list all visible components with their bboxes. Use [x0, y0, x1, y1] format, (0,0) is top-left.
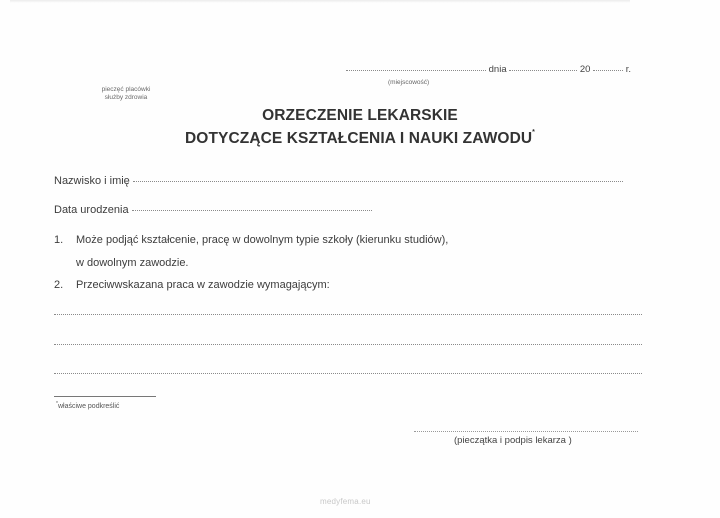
option-1-continuation: w dowolnym zawodzie.	[76, 257, 189, 269]
institution-stamp-caption: pieczęć placówki służby zdrowia	[86, 86, 166, 102]
field-name-label: Nazwisko i imię	[54, 175, 130, 187]
option-2-text: Przeciwwskazana praca w zawodzie wymagaj…	[76, 279, 330, 291]
option-1-text: Może podjąć kształcenie, pracę w dowolny…	[76, 234, 448, 246]
place-field[interactable]	[346, 70, 486, 71]
signature-caption: (pieczątka i podpis lekarza )	[454, 435, 572, 446]
option-2[interactable]: 2.Przeciwwskazana praca w zawodzie wymag…	[54, 279, 330, 291]
year-prefix: 20	[580, 64, 591, 75]
footnote-rule	[54, 396, 156, 397]
year-field[interactable]	[593, 70, 623, 71]
medical-certificate-form: dnia 20 r. (miejscowość) pieczęć placówk…	[0, 0, 720, 518]
footnote-text: właściwe podkreślić	[58, 403, 119, 410]
option-1[interactable]: 1.Może podjąć kształcenie, pracę w dowol…	[54, 234, 448, 246]
watermark: medyfema.eu	[320, 497, 371, 506]
year-suffix: r.	[626, 64, 631, 75]
scan-top-edge	[10, 0, 630, 3]
field-birthdate-label: Data urodzenia	[54, 204, 129, 216]
option-1-number: 1.	[54, 234, 76, 246]
option-2-number: 2.	[54, 279, 76, 291]
field-name: Nazwisko i imię	[54, 175, 623, 187]
field-birthdate-input[interactable]	[132, 210, 372, 211]
field-birthdate: Data urodzenia	[54, 204, 372, 216]
stamp-caption-line1: pieczęć placówki	[86, 86, 166, 94]
blank-line-1[interactable]	[54, 314, 642, 315]
place-caption: (miejscowość)	[388, 79, 429, 86]
field-name-input[interactable]	[133, 181, 623, 182]
title-line2-text: DOTYCZĄCE KSZTAŁCENIA I NAUKI ZAWODU	[185, 130, 532, 147]
place-date-line: dnia 20 r.	[346, 64, 631, 75]
signature-line[interactable]	[414, 431, 638, 432]
blank-line-2[interactable]	[54, 344, 642, 345]
title-line2: DOTYCZĄCE KSZTAŁCENIA I NAUKI ZAWODU*	[160, 124, 560, 147]
day-field[interactable]	[509, 70, 577, 71]
document-title: ORZECZENIE LEKARSKIE DOTYCZĄCE KSZTAŁCEN…	[160, 107, 560, 147]
title-line1: ORZECZENIE LEKARSKIE	[160, 107, 560, 124]
stamp-caption-line2: służby zdrowia	[86, 94, 166, 102]
day-label: dnia	[489, 64, 507, 75]
blank-line-3[interactable]	[54, 373, 642, 374]
title-footnote-marker: *	[532, 129, 535, 136]
footnote: *właściwe podkreślić	[56, 401, 119, 410]
